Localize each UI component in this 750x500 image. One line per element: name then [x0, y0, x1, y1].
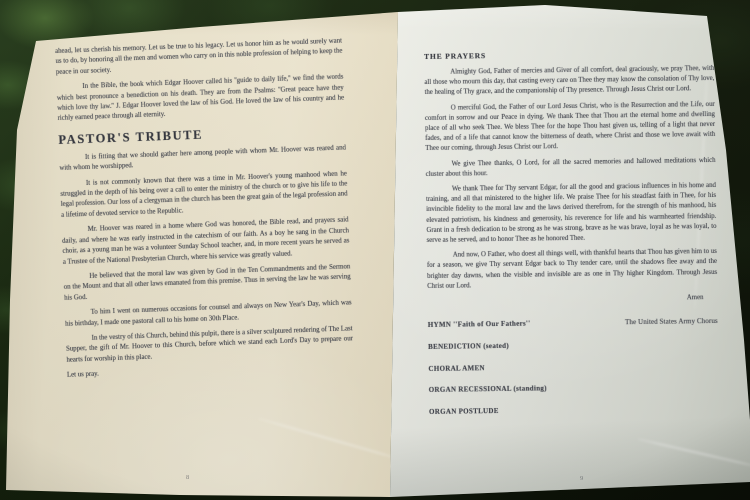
service-item-performer: The United States Army Chorus — [625, 316, 718, 327]
page-number-right: 9 — [580, 475, 583, 482]
service-item-hymn: HYMN ''Faith of Our Fathers'' The United… — [428, 316, 718, 330]
paper-crease — [637, 438, 750, 468]
tribute-paragraph: Mr. Hoover was reared in a home where Go… — [62, 216, 350, 268]
tribute-paragraph: It is not commonly known that there was … — [60, 169, 348, 221]
page-number-left: 8 — [186, 474, 189, 481]
service-item-organ-postlude: ORGAN POSTLUDE — [429, 403, 719, 417]
service-item-label: BENEDICTION (seated) — [428, 341, 509, 352]
right-page-content: THE PRAYERS Almighty God, Father of merc… — [424, 48, 719, 429]
service-item-label: ORGAN POSTLUDE — [429, 406, 499, 417]
order-of-service: HYMN ''Faith of Our Fathers'' The United… — [428, 316, 719, 417]
paper-crease — [258, 417, 403, 460]
program-photo: ahead, let us cherish his memory. Let us… — [0, 0, 750, 500]
service-item-benediction: BENEDICTION (seated) — [428, 338, 718, 352]
service-item-label: HYMN ''Faith of Our Fathers'' — [428, 319, 531, 331]
prayer-paragraph: We thank Thee for Thy servant Edgar, for… — [426, 181, 717, 246]
prayer-paragraph: And now, O Father, who doest all things … — [427, 247, 718, 292]
service-item-label: ORGAN RECESSIONAL (standing) — [429, 384, 547, 396]
service-item-choral-amen: CHORAL AMEN — [428, 360, 718, 374]
pastors-tribute-heading: PASTOR'S TRIBUTE — [58, 122, 345, 147]
prayer-paragraph: We give Thee thanks, O Lord, for all the… — [426, 156, 716, 180]
continuation-paragraph: ahead, let us cherish his memory. Let us… — [55, 36, 343, 78]
service-item-label: CHORAL AMEN — [428, 363, 485, 374]
the-prayers-heading: THE PRAYERS — [424, 48, 714, 61]
left-page-content: ahead, let us cherish his memory. Let us… — [55, 36, 354, 386]
service-item-organ-recessional: ORGAN RECESSIONAL (standing) — [429, 381, 719, 395]
prayer-paragraph: O merciful God, the Father of our Lord J… — [425, 100, 716, 155]
amen-line: Amen — [427, 293, 717, 307]
tribute-paragraph: He believed that the moral law was given… — [63, 262, 351, 304]
prayer-paragraph: Almighty God, Father of mercies and Give… — [424, 64, 714, 99]
tribute-paragraph: In the vestry of this Church, behind thi… — [66, 324, 354, 366]
bible-paragraph: In the Bible, the book which Edgar Hoove… — [56, 73, 344, 125]
